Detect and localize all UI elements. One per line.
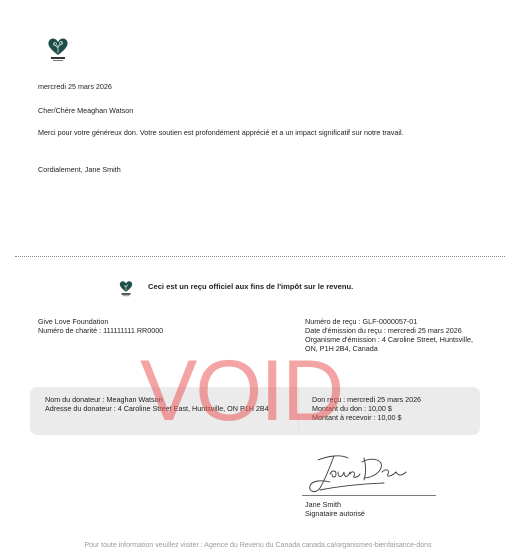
official-receipt-notice: Ceci est un reçu officiel aux fins de l'… [148,282,353,291]
donor-info: Nom du donateur : Meaghan Watson Adresse… [45,395,285,413]
tear-off-divider [15,256,505,257]
footer-info-link[interactable]: Pour toute information veuillez visiter … [0,541,516,550]
donation-amount: Montant du don : 10,00 $ [312,404,482,413]
receipt-issue-date: Date d'émission du reçu : mercredi 25 ma… [305,326,485,335]
signer-name: Jane Smith [305,500,341,509]
donor-address: Adresse du donateur : 4 Caroline Street … [45,404,285,413]
signature-line [302,495,436,496]
receipt-number: Numéro de reçu : GLF-0000057-01 [305,317,485,326]
box-separator [298,387,299,435]
signer-role: Signataire autorisé [305,509,365,518]
foundation-logo-small [118,279,134,297]
foundation-logo [46,35,70,63]
donor-name: Nom du donateur : Meaghan Watson [45,395,285,404]
org-name: Give Love Foundation [38,317,278,326]
signature-image [300,450,410,498]
organization-info: Give Love Foundation Numéro de charité :… [38,317,278,335]
eligible-amount: Montant à recevoir : 10,00 $ [312,413,482,422]
donation-received-date: Don reçu : mercredi 25 mars 2026 [312,395,482,404]
charity-number: Numéro de charité : 111111111 RR0000 [38,326,278,335]
letter-body: Merci pour votre généreux don. Votre sou… [38,128,478,137]
heart-tree-logo-icon [118,279,134,297]
donation-info: Don reçu : mercredi 25 mars 2026 Montant… [312,395,482,422]
issuing-organization: Organisme d'émission : 4 Caroline Street… [305,335,485,353]
letter-closing: Cordialement, Jane Smith [38,165,121,174]
letter-greeting: Cher/Chère Meaghan Watson [38,106,133,115]
heart-tree-logo-icon [46,35,70,63]
receipt-info: Numéro de reçu : GLF-0000057-01 Date d'é… [305,317,485,353]
letter-date: mercredi 25 mars 2026 [38,82,112,91]
